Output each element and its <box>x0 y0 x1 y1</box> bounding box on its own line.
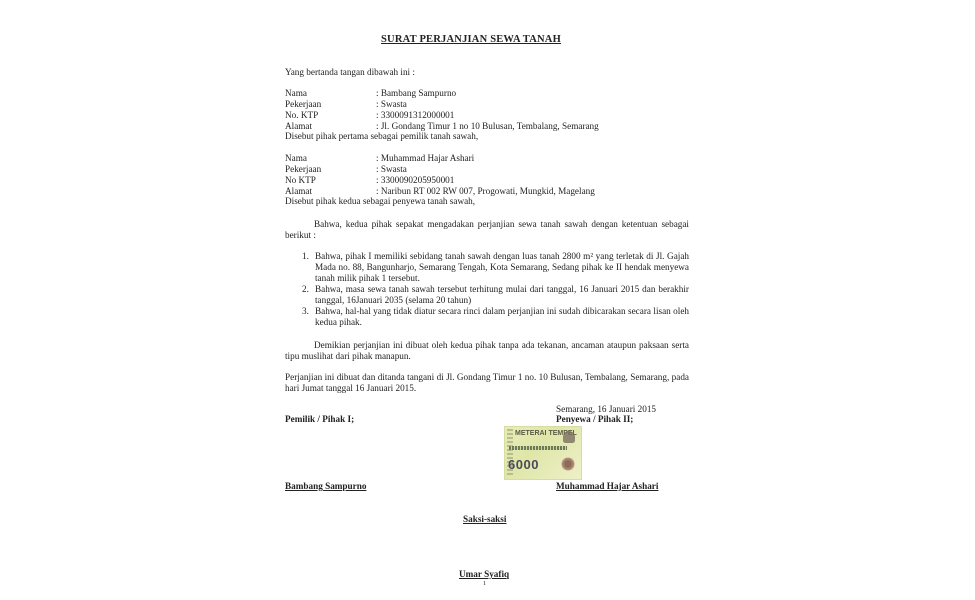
document-page: SURAT PERJANJIAN SEWA TANAH Yang bertand… <box>285 0 689 600</box>
signer-right-label: Penyewa / Pihak II; <box>556 414 633 425</box>
garuda-emblem-icon <box>563 431 575 443</box>
stamp-seal-icon <box>561 457 575 471</box>
signer-left-label: Pemilik / Pihak I; <box>285 414 354 425</box>
term-item: 3. Bahwa, hal-hal yang tidak diatur seca… <box>285 306 689 328</box>
witness-heading: Saksi-saksi <box>463 514 506 525</box>
signer-right-name: Muhammad Hajar Ashari <box>556 481 658 492</box>
signer-left-name: Bambang Sampurno <box>285 481 366 492</box>
document-title: SURAT PERJANJIAN SEWA TANAH <box>381 34 561 45</box>
party2-role: Disebut pihak kedua sebagai penyewa tana… <box>285 196 475 207</box>
term-item: 2. Bahwa, masa sewa tanah sawah tersebut… <box>285 284 689 306</box>
stamp-microtext <box>509 446 567 450</box>
party1-role: Disebut pihak pertama sebagai pemilik ta… <box>285 131 478 142</box>
closing-paragraph-2: Perjanjian ini dibuat dan ditanda tangan… <box>285 372 689 394</box>
revenue-stamp: METERAI TEMPEL 6000 <box>504 426 582 480</box>
closing-paragraph-1: Demikian perjanjian ini dibuat oleh kedu… <box>285 340 689 362</box>
stamp-value: 6000 <box>508 459 539 470</box>
agreement-intro: Bahwa, kedua pihak sepakat mengadakan pe… <box>285 219 689 241</box>
page-number: 1 <box>483 579 486 590</box>
intro-text: Yang bertanda tangan dibawah ini : <box>285 67 415 78</box>
term-item: 1. Bahwa, pihak I memiliki sebidang tana… <box>285 251 689 284</box>
terms-list: 1. Bahwa, pihak I memiliki sebidang tana… <box>285 251 689 328</box>
